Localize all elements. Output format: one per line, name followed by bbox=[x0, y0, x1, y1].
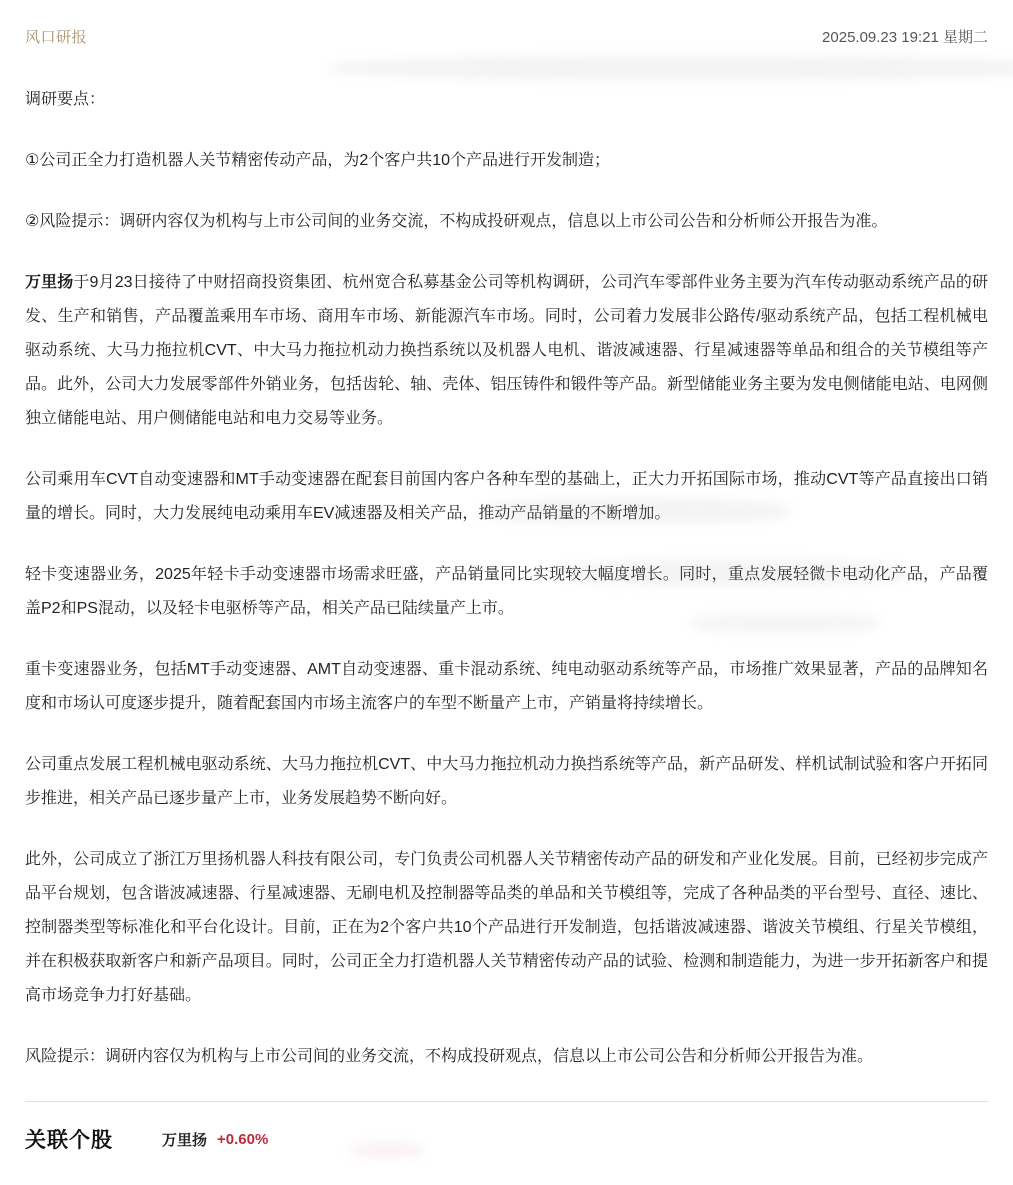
page-header: 风口研报 2025.09.23 19:21 星期二 bbox=[25, 26, 988, 47]
research-report-page: 风口研报 2025.09.23 19:21 星期二 调研要点： ①公司正全力打造… bbox=[0, 0, 1013, 1174]
stock-change-badge: +0.60% bbox=[217, 1131, 268, 1148]
watermark-smudge bbox=[330, 56, 1013, 80]
summary-title: 调研要点： bbox=[25, 83, 988, 117]
article-paragraph-3: 轻卡变速器业务，2025年轻卡手动变速器市场需求旺盛，产品销量同比实现较大幅度增… bbox=[25, 558, 988, 626]
related-stocks-section: 关联个股 万里扬 +0.60% bbox=[25, 1124, 988, 1174]
article-paragraph-4: 重卡变速器业务，包括MT手动变速器、AMT自动变速器、重卡混动系统、纯电动驱动系… bbox=[25, 653, 988, 721]
risk-disclaimer: 风险提示：调研内容仅为机构与上市公司间的业务交流，不构成投研观点，信息以上市公司… bbox=[25, 1040, 988, 1074]
report-datetime: 2025.09.23 19:21 星期二 bbox=[822, 26, 988, 47]
related-stock-item[interactable]: 万里扬 +0.60% bbox=[162, 1129, 268, 1150]
stock-name[interactable]: 万里扬 bbox=[162, 1129, 207, 1150]
summary-point-1: ①公司正全力打造机器人关节精密传动产品，为2个客户共10个产品进行开发制造； bbox=[25, 144, 988, 178]
related-stocks-title: 关联个股 bbox=[25, 1124, 113, 1154]
article-paragraph-1: 万里扬于9月23日接待了中财招商投资集团、杭州宽合私募基金公司等机构调研，公司汽… bbox=[25, 266, 988, 436]
article-paragraph-1-text: 于9月23日接待了中财招商投资集团、杭州宽合私募基金公司等机构调研，公司汽车零部… bbox=[25, 274, 988, 427]
summary-point-2: ②风险提示：调研内容仅为机构与上市公司间的业务交流，不构成投研观点，信息以上市公… bbox=[25, 205, 988, 239]
section-divider bbox=[25, 1101, 988, 1102]
article-paragraph-2: 公司乘用车CVT自动变速器和MT手动变速器在配套目前国内客户各种车型的基础上，正… bbox=[25, 463, 988, 531]
brand-tag[interactable]: 风口研报 bbox=[25, 26, 87, 47]
article-paragraph-5: 公司重点发展工程机械电驱动系统、大马力拖拉机CVT、中大马力拖拉机动力换挡系统等… bbox=[25, 748, 988, 816]
article-body: 调研要点： ①公司正全力打造机器人关节精密传动产品，为2个客户共10个产品进行开… bbox=[25, 83, 988, 1074]
article-paragraph-6: 此外，公司成立了浙江万里扬机器人科技有限公司，专门负责公司机器人关节精密传动产品… bbox=[25, 843, 988, 1013]
stock-name-inline: 万里扬 bbox=[25, 274, 73, 291]
